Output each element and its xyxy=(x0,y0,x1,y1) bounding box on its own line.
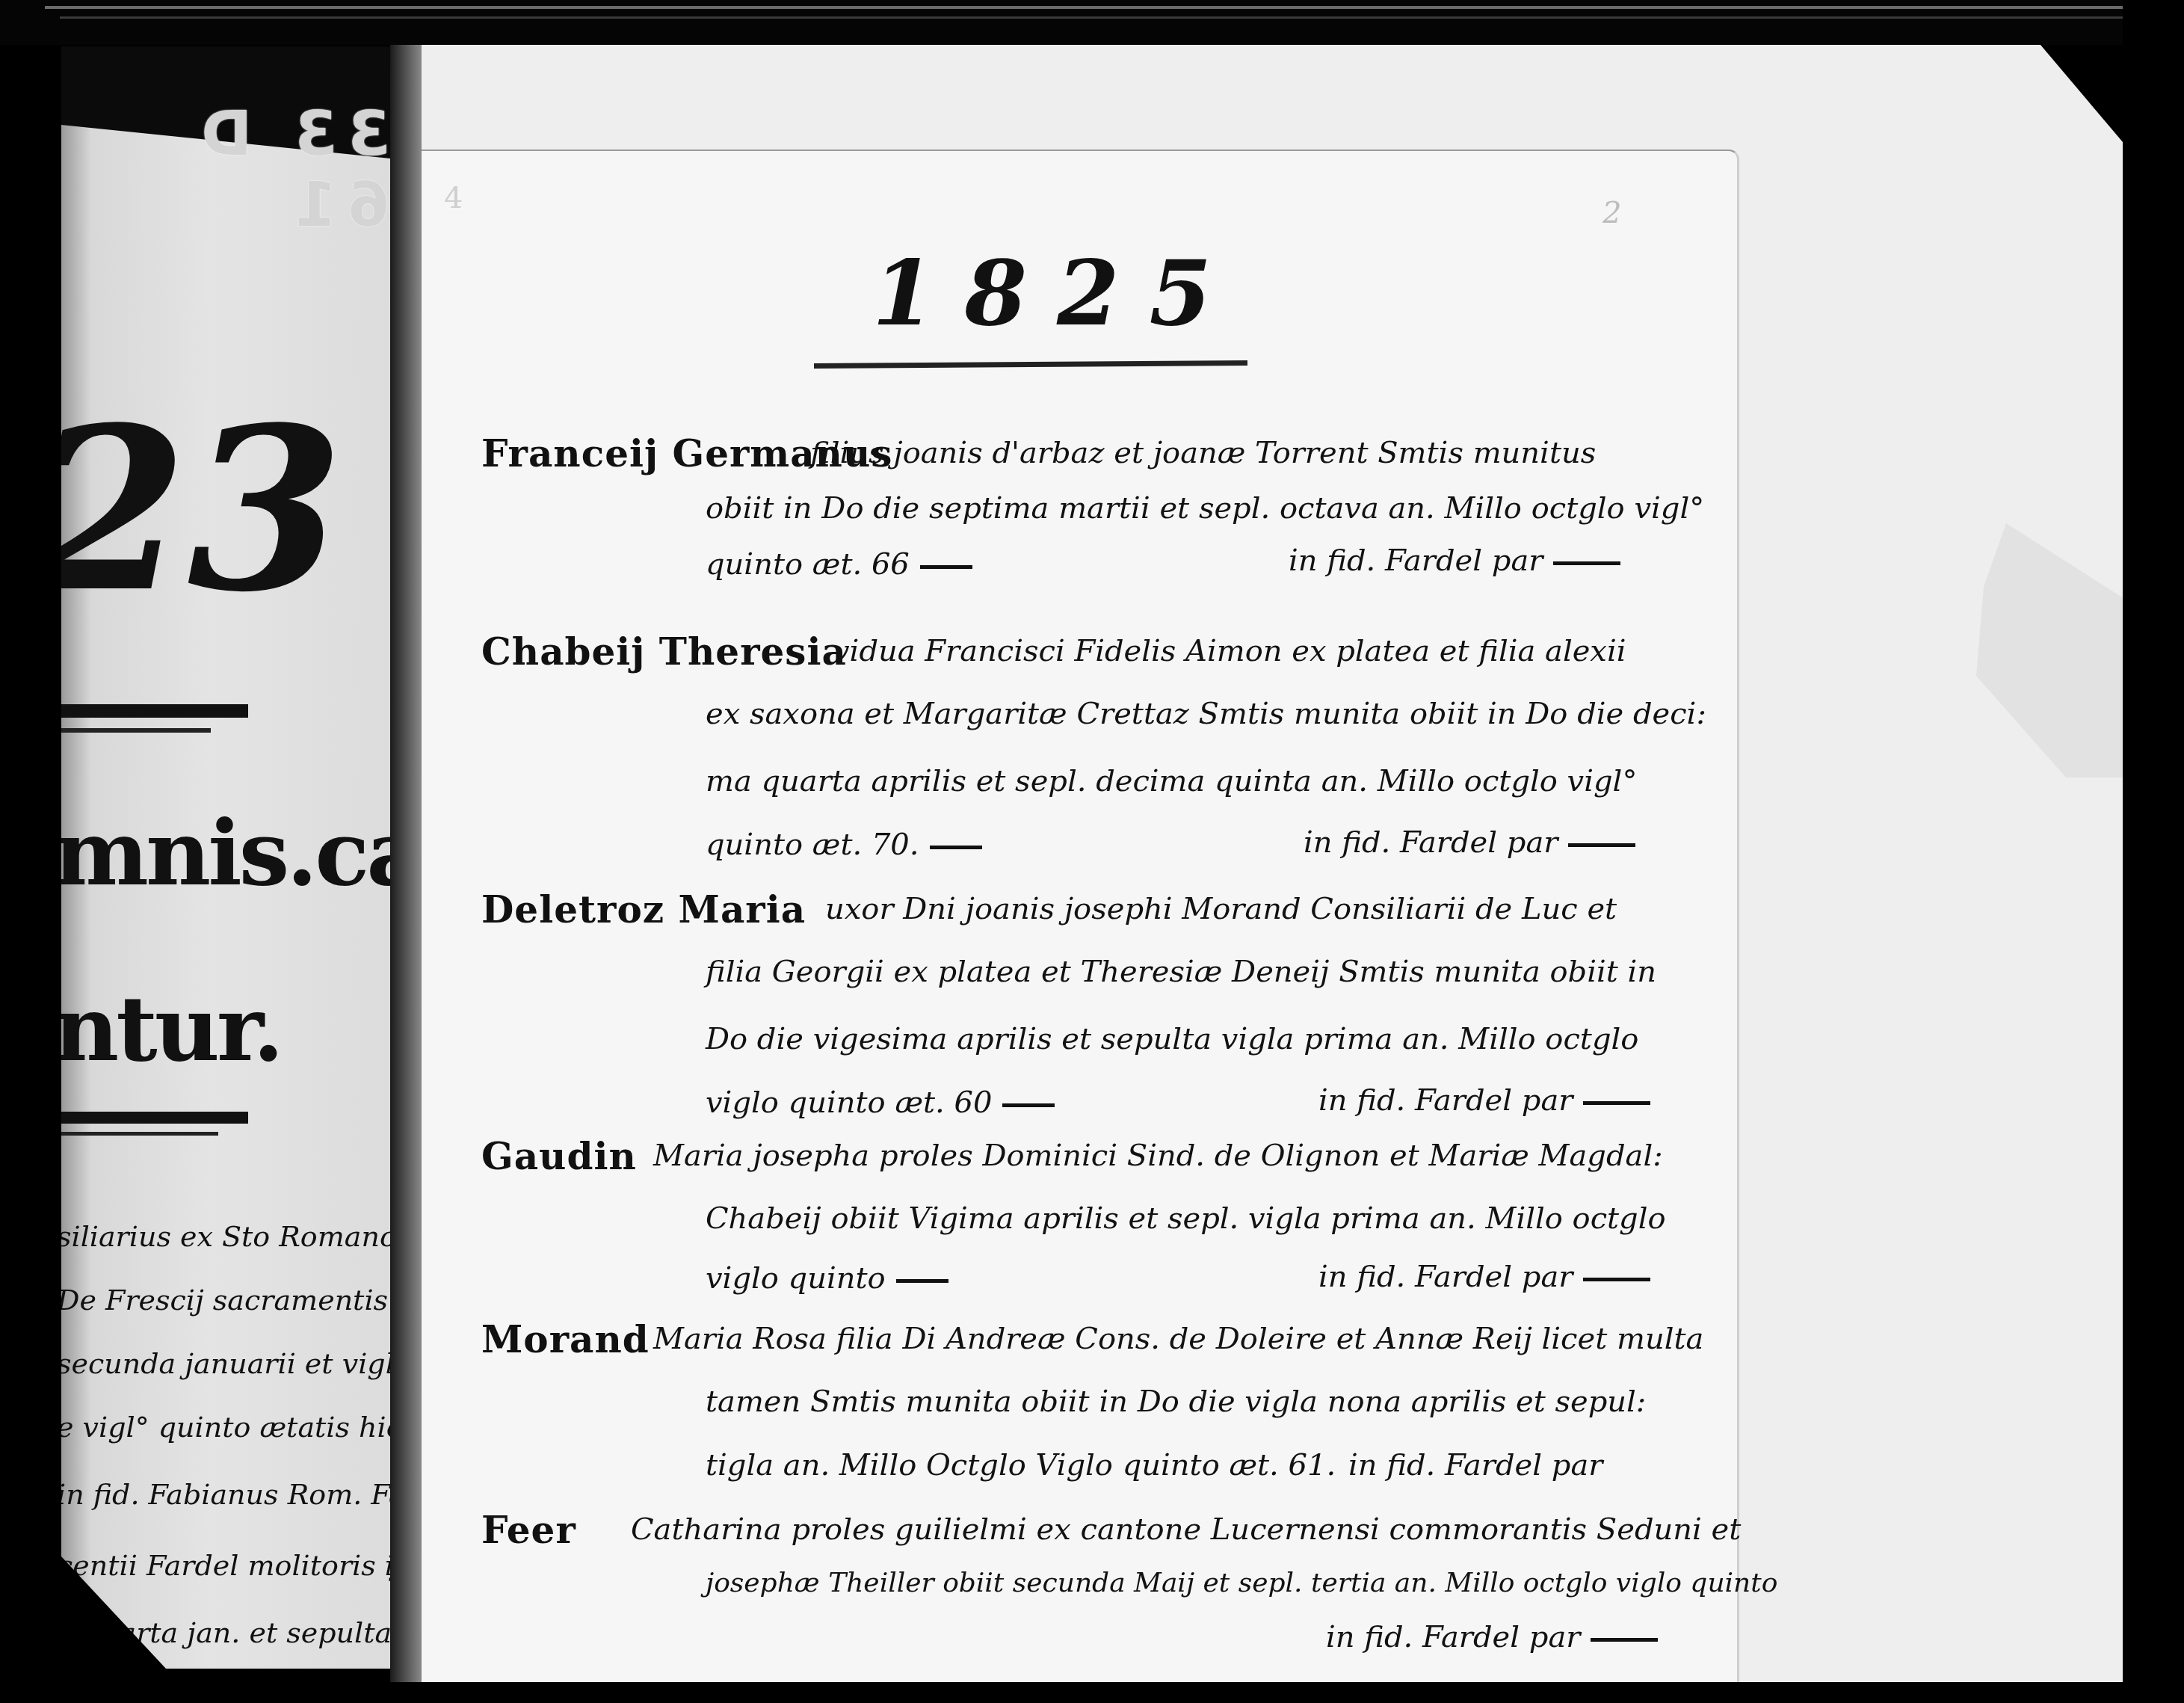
signature-text: in fid. Fardel par xyxy=(1289,543,1543,578)
entry-name: Feer xyxy=(481,1508,576,1552)
entry-line: tamen Smtis munita obiit in Do die vigla… xyxy=(706,1385,1646,1419)
entry-name: Chabeij Theresia xyxy=(481,629,847,674)
year-underline xyxy=(814,360,1247,369)
entry-line: quinto æt. 66 xyxy=(706,547,972,582)
entry-line: ex saxona et Margaritæ Crettaz Smtis mun… xyxy=(706,697,1706,731)
entry-line: obiit in Do die septima martii et sepl. … xyxy=(706,491,1704,526)
entry-line: viglo quinto xyxy=(706,1261,948,1296)
faint-corner-mark: 4 xyxy=(444,181,463,215)
entry-name: Morand xyxy=(481,1317,650,1361)
dash-rule xyxy=(1591,1638,1658,1642)
board-corner xyxy=(2040,45,2123,142)
entry-line: Chabeij obiit Vigima aprilis et sepl. vi… xyxy=(706,1201,1666,1236)
dash-rule xyxy=(1553,561,1620,565)
entry-line: Maria josepha proles Dominici Sind. de O… xyxy=(653,1139,1663,1173)
entry-line: tigla an. Millo Octglo Viglo quinto æt. … xyxy=(706,1448,1336,1482)
entry-line-text: quinto æt. 70. xyxy=(706,828,919,862)
gothic-heading-line: ntur. xyxy=(61,985,281,1074)
entry-line-text: viglo quinto xyxy=(706,1261,886,1296)
ornamental-rule xyxy=(61,728,211,733)
gothic-heading-line: mnis.cælo. xyxy=(61,809,390,899)
entry-signature: in fid. Fardel par xyxy=(1348,1448,1602,1482)
entry-line: ma quarta aprilis et sepl. decima quinta… xyxy=(706,764,1637,798)
year-heading: 1825 xyxy=(863,241,1251,346)
entry-line: viglo quinto æt. 60 xyxy=(706,1085,1055,1120)
entry-signature: in fid. Fardel par xyxy=(1318,1083,1650,1118)
signature-text: in fid. Fardel par xyxy=(1348,1448,1602,1482)
signature-text: in fid. Fardel par xyxy=(1326,1620,1580,1654)
left-script-line: siliarius ex Sto Romano filius xyxy=(61,1220,390,1253)
plate-number: 33 D 61 xyxy=(151,99,390,241)
entry-line: Catharina proles guilielmi ex cantone Lu… xyxy=(631,1512,1741,1547)
dash-rule xyxy=(920,565,972,569)
film-edge-line xyxy=(60,16,2183,19)
entry-line-text: quinto æt. 66 xyxy=(706,547,910,582)
entry-line: filius joanis d'arbaz et joanæ Torrent S… xyxy=(810,436,1596,470)
entry-signature: in fid. Fardel par xyxy=(1318,1260,1650,1294)
entry-line: vidua Francisci Fidelis Aimon ex platea … xyxy=(833,634,1626,668)
signature-text: in fid. Fardel par xyxy=(1318,1083,1573,1118)
ornamental-numeral: 23 xyxy=(61,398,343,622)
film-frame-right xyxy=(2123,0,2184,1703)
left-script-line: e vigl° quinto ætatis hic 85° xyxy=(61,1411,390,1444)
dash-rule xyxy=(1583,1101,1650,1105)
dash-rule xyxy=(1002,1103,1055,1107)
left-script-line: centii Fardel molitoris ij Humbe xyxy=(61,1549,390,1582)
entry-name: Gaudin xyxy=(481,1134,637,1178)
signature-text: in fid. Fardel par xyxy=(1304,825,1558,860)
entry-line: Maria Rosa filia Di Andreæ Cons. de Dole… xyxy=(653,1322,1703,1356)
entry-signature: in fid. Fardel par xyxy=(1304,825,1635,860)
entry-line: filia Georgii ex platea et Theresiæ Dene… xyxy=(706,955,1656,989)
left-script-line: De Frescij sacramentis munitus xyxy=(61,1284,390,1316)
entry-line: quinto æt. 70. xyxy=(706,828,982,862)
entry-line: Do die vigesima aprilis et sepulta vigla… xyxy=(706,1022,1638,1056)
entry-name: Deletroz Maria xyxy=(481,887,806,931)
ornamental-rule xyxy=(61,704,248,718)
dash-rule xyxy=(1568,843,1635,847)
signature-text: in fid. Fardel par xyxy=(1318,1260,1573,1294)
ornamental-rule xyxy=(61,1132,218,1136)
left-facing-page: 33 D 61 23 mnis.cælo. ntur. siliarius ex… xyxy=(61,46,390,1669)
ornamental-rule xyxy=(61,1112,248,1124)
dash-rule xyxy=(930,846,982,849)
entry-line-text: viglo quinto æt. 60 xyxy=(706,1085,992,1120)
left-script-line: in fid. Fabianus Rom. Fardel par. xyxy=(61,1478,390,1511)
dash-rule xyxy=(896,1279,948,1283)
entry-signature: in fid. Fardel par xyxy=(1289,543,1620,578)
film-frame-bottom xyxy=(0,1682,2184,1703)
entry-line: uxor Dni joanis josephi Morand Consiliar… xyxy=(825,892,1617,926)
register-page: 4 2 1825 Franceij Germanus filius joanis… xyxy=(422,150,1739,1684)
glare-patch xyxy=(1976,523,2126,777)
book-gutter xyxy=(390,45,422,1682)
dash-rule xyxy=(1583,1278,1650,1281)
film-edge-line xyxy=(45,6,2183,9)
page-number: 2 xyxy=(1602,196,1621,230)
left-script-line: secunda januarii et vigla xyxy=(61,1347,390,1380)
entry-signature: in fid. Fardel par xyxy=(1326,1620,1658,1654)
entry-line: josephæ Theiller obiit secunda Maij et s… xyxy=(706,1568,1777,1598)
